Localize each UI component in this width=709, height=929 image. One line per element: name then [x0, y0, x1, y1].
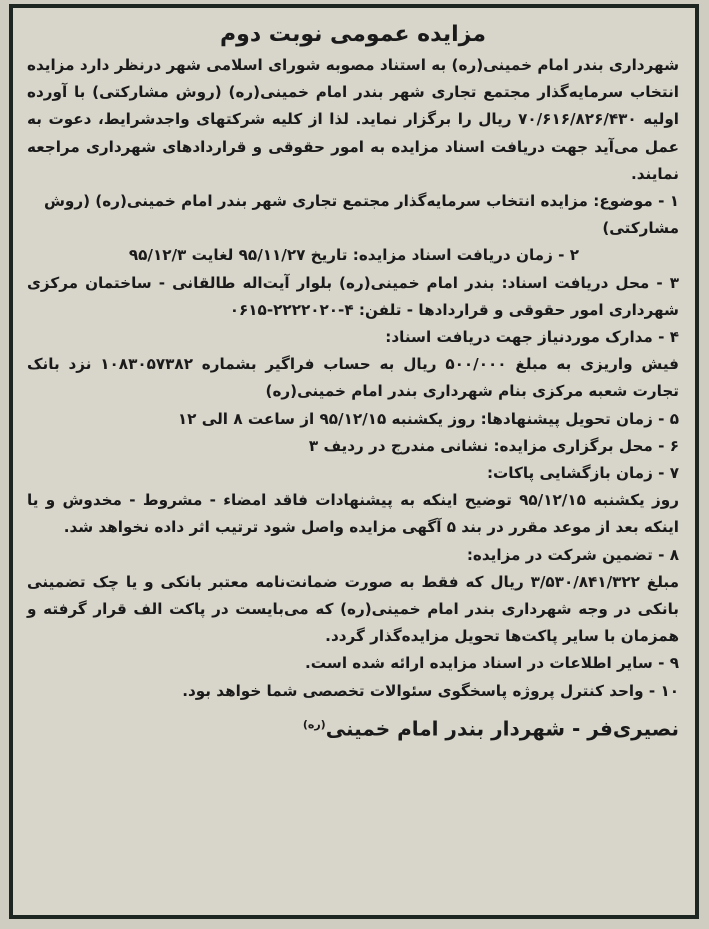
signature-honorific: (ره) — [303, 718, 326, 731]
item-7: ۷ - زمان بازگشایی پاکات: — [27, 460, 679, 487]
intro-paragraph: شهرداری بندر امام خمینی(ره) به استناد مص… — [27, 52, 679, 188]
item-label: تضمین شرکت در مزایده: — [467, 546, 653, 564]
item-label: زمان بازگشایی پاکات: — [487, 464, 653, 482]
item-6: ۶ - محل برگزاری مزایده: نشانی مندرج در ر… — [27, 433, 679, 460]
item-number: ۲ — [570, 246, 579, 264]
item-text: مزایده انتخاب سرمایه‌گذار مجتمع تجاری شه… — [44, 192, 679, 237]
item-7-detail: روز یکشنبه ۹۵/۱۲/۱۵ توضیح اینکه به پیشنه… — [27, 487, 679, 541]
item-label: زمان دریافت اسناد مزایده: — [353, 246, 553, 264]
item-1: ۱ - موضوع: مزایده انتخاب سرمایه‌گذار مجت… — [27, 188, 679, 242]
item-text: واحد کنترل پروژه پاسخگوی سئوالات تخصصی ش… — [182, 682, 643, 700]
item-3: ۳ - محل دریافت اسناد: بندر امام خمینی(ره… — [27, 270, 679, 324]
item-9: ۹ - سایر اطلاعات در اسناد مزایده ارائه ش… — [27, 650, 679, 677]
item-text: نشانی مندرج در ردیف ۳ — [309, 437, 488, 455]
item-number: ۹ — [670, 654, 679, 672]
item-4: ۴ - مدارک موردنیاز جهت دریافت اسناد: — [27, 324, 679, 351]
item-number: ۱۰ — [660, 682, 679, 700]
item-number: ۶ — [670, 437, 679, 455]
notice-content: مزایده عمومی نوبت دوم شهرداری بندر امام … — [13, 8, 695, 745]
item-text: سایر اطلاعات در اسناد مزایده ارائه شده ا… — [305, 654, 653, 672]
item-number: ۱ — [670, 192, 679, 210]
item-label: مدارک موردنیاز جهت دریافت اسناد: — [385, 328, 653, 346]
signature: نصیری‌فر - شهردار بندر امام خمینی(ره) — [27, 709, 679, 745]
notice-frame: مزایده عمومی نوبت دوم شهرداری بندر امام … — [9, 4, 699, 919]
item-label: زمان تحویل پیشنهادها: — [481, 410, 653, 428]
item-8: ۸ - تضمین شرکت در مزایده: — [27, 542, 679, 569]
item-5: ۵ - زمان تحویل پیشنهادها: روز یکشنبه ۹۵/… — [27, 406, 679, 433]
item-number: ۴ — [670, 328, 679, 346]
item-text: تاریخ ۹۵/۱۱/۲۷ لغایت ۹۵/۱۲/۳ — [129, 246, 348, 264]
item-10: ۱۰ - واحد کنترل پروژه پاسخگوی سئوالات تخ… — [27, 678, 679, 705]
signature-name: نصیری‌فر - شهردار بندر امام خمینی — [326, 717, 679, 741]
item-4-detail: فیش واریزی به مبلغ ۵۰۰/۰۰۰ ریال به حساب … — [27, 351, 679, 405]
item-2: ۲ - زمان دریافت اسناد مزایده: تاریخ ۹۵/۱… — [27, 242, 679, 269]
item-number: ۷ — [670, 464, 679, 482]
item-label: موضوع: — [593, 192, 653, 210]
item-number: ۸ — [670, 546, 679, 564]
item-label: محل برگزاری مزایده: — [493, 437, 652, 455]
item-8-detail: مبلغ ۳/۵۳۰/۸۴۱/۳۲۲ ریال که فقط به صورت ض… — [27, 569, 679, 651]
notice-title: مزایده عمومی نوبت دوم — [27, 18, 679, 52]
item-number: ۳ — [670, 274, 679, 292]
item-text: روز یکشنبه ۹۵/۱۲/۱۵ از ساعت ۸ الی ۱۲ — [178, 410, 475, 428]
item-number: ۵ — [670, 410, 679, 428]
item-label: محل دریافت اسناد: — [501, 274, 649, 292]
